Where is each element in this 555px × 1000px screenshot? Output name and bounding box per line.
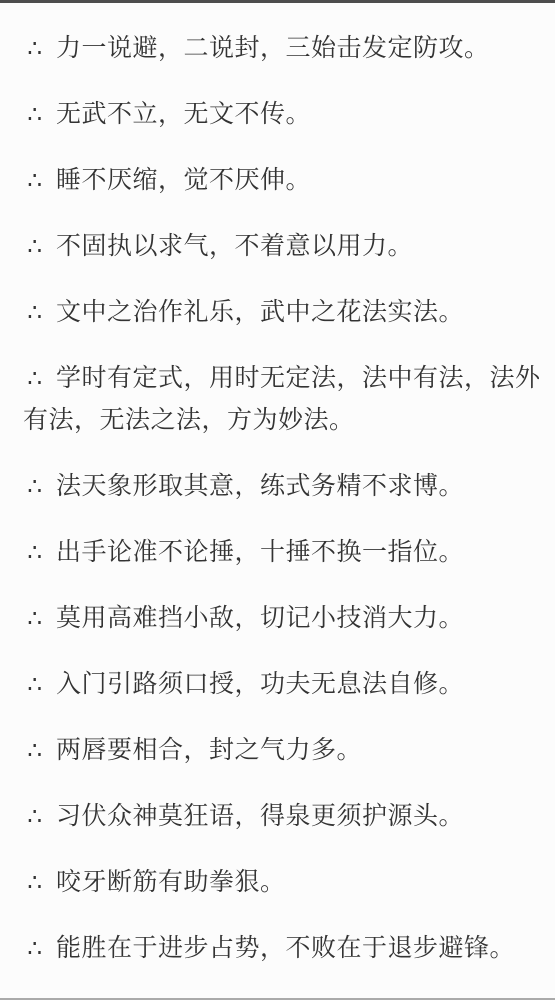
aphorism-line: ∴不固执以求气，不着意以用力。	[23, 225, 541, 267]
therefore-marker: ∴	[23, 465, 47, 507]
therefore-marker: ∴	[23, 531, 47, 573]
aphorism-item: ∴习伏众神莫狂语，得泉更须护源头。	[23, 795, 541, 837]
aphorism-line: ∴能胜在于进步占势，不败在于退步避锋。	[23, 927, 541, 969]
aphorism-text: 有法，无法之法，方为妙法。	[23, 406, 355, 434]
therefore-marker: ∴	[23, 663, 47, 705]
aphorism-text: 习伏众神莫狂语，得泉更须护源头。	[56, 802, 464, 830]
aphorism-text: 文中之治作礼乐，武中之花法实法。	[56, 298, 464, 326]
therefore-marker: ∴	[23, 291, 47, 333]
aphorism-text: 出手论准不论捶，十捶不换一指位。	[56, 538, 464, 566]
therefore-marker: ∴	[23, 597, 47, 639]
therefore-marker: ∴	[23, 729, 47, 771]
aphorism-text: 力一说避，二说封，三始击发定防攻。	[56, 34, 490, 62]
aphorism-line: ∴文中之治作礼乐，武中之花法实法。	[23, 291, 541, 333]
aphorisms-page: ∴力一说避，二说封，三始击发定防攻。∴无武不立，无文不传。∴睡不厌缩，觉不厌伸。…	[0, 0, 555, 1000]
aphorism-text: 两唇要相合，封之气力多。	[56, 736, 362, 764]
aphorism-line: ∴睡不厌缩，觉不厌伸。	[23, 159, 541, 201]
aphorism-text: 入门引路须口授，功夫无息法自修。	[56, 670, 464, 698]
aphorism-item: ∴出手论准不论捶，十捶不换一指位。	[23, 531, 541, 573]
aphorism-item: ∴两唇要相合，封之气力多。	[23, 729, 541, 771]
aphorism-item: ∴能胜在于进步占势，不败在于退步避锋。	[23, 927, 541, 969]
aphorism-item: ∴睡不厌缩，觉不厌伸。	[23, 159, 541, 201]
aphorism-line: ∴力一说避，二说封，三始击发定防攻。	[23, 27, 541, 69]
aphorism-line: ∴法天象形取其意，练式务精不求博。	[23, 465, 541, 507]
aphorism-line: ∴无武不立，无文不传。	[23, 93, 541, 135]
aphorism-text: 咬牙断筋有助拳狠。	[56, 868, 286, 896]
aphorism-item: ∴法天象形取其意，练式务精不求博。	[23, 465, 541, 507]
aphorism-text: 无武不立，无文不传。	[56, 100, 311, 128]
aphorism-item: ∴力一说避，二说封，三始击发定防攻。	[23, 27, 541, 69]
aphorism-line: ∴莫用高难挡小敌，切记小技消大力。	[23, 597, 541, 639]
aphorism-line: ∴习伏众神莫狂语，得泉更须护源头。	[23, 795, 541, 837]
aphorism-text: 能胜在于进步占势，不败在于退步避锋。	[56, 934, 515, 962]
aphorism-line: ∴出手论准不论捶，十捶不换一指位。	[23, 531, 541, 573]
aphorism-item: ∴学时有定式，用时无定法，法中有法，法外有法，无法之法，方为妙法。	[23, 357, 541, 441]
aphorism-item: ∴文中之治作礼乐，武中之花法实法。	[23, 291, 541, 333]
aphorism-text: 法天象形取其意，练式务精不求博。	[56, 472, 464, 500]
therefore-marker: ∴	[23, 927, 47, 969]
therefore-marker: ∴	[23, 225, 47, 267]
therefore-marker: ∴	[23, 357, 47, 399]
aphorism-item: ∴莫用高难挡小敌，切记小技消大力。	[23, 597, 541, 639]
aphorism-item: ∴咬牙断筋有助拳狠。	[23, 861, 541, 903]
aphorism-item: ∴无武不立，无文不传。	[23, 93, 541, 135]
aphorism-list: ∴力一说避，二说封，三始击发定防攻。∴无武不立，无文不传。∴睡不厌缩，觉不厌伸。…	[0, 3, 555, 969]
therefore-marker: ∴	[23, 159, 47, 201]
therefore-marker: ∴	[23, 861, 47, 903]
aphorism-line-continuation: 有法，无法之法，方为妙法。	[23, 399, 541, 441]
aphorism-line: ∴入门引路须口授，功夫无息法自修。	[23, 663, 541, 705]
therefore-marker: ∴	[23, 27, 47, 69]
aphorism-line: ∴两唇要相合，封之气力多。	[23, 729, 541, 771]
aphorism-text: 睡不厌缩，觉不厌伸。	[56, 166, 311, 194]
aphorism-item: ∴不固执以求气，不着意以用力。	[23, 225, 541, 267]
aphorism-line: ∴咬牙断筋有助拳狠。	[23, 861, 541, 903]
therefore-marker: ∴	[23, 795, 47, 837]
aphorism-text: 学时有定式，用时无定法，法中有法，法外	[56, 364, 541, 392]
therefore-marker: ∴	[23, 93, 47, 135]
aphorism-text: 不固执以求气，不着意以用力。	[56, 232, 413, 260]
aphorism-line: ∴学时有定式，用时无定法，法中有法，法外	[23, 357, 541, 399]
aphorism-item: ∴入门引路须口授，功夫无息法自修。	[23, 663, 541, 705]
aphorism-text: 莫用高难挡小敌，切记小技消大力。	[56, 604, 464, 632]
